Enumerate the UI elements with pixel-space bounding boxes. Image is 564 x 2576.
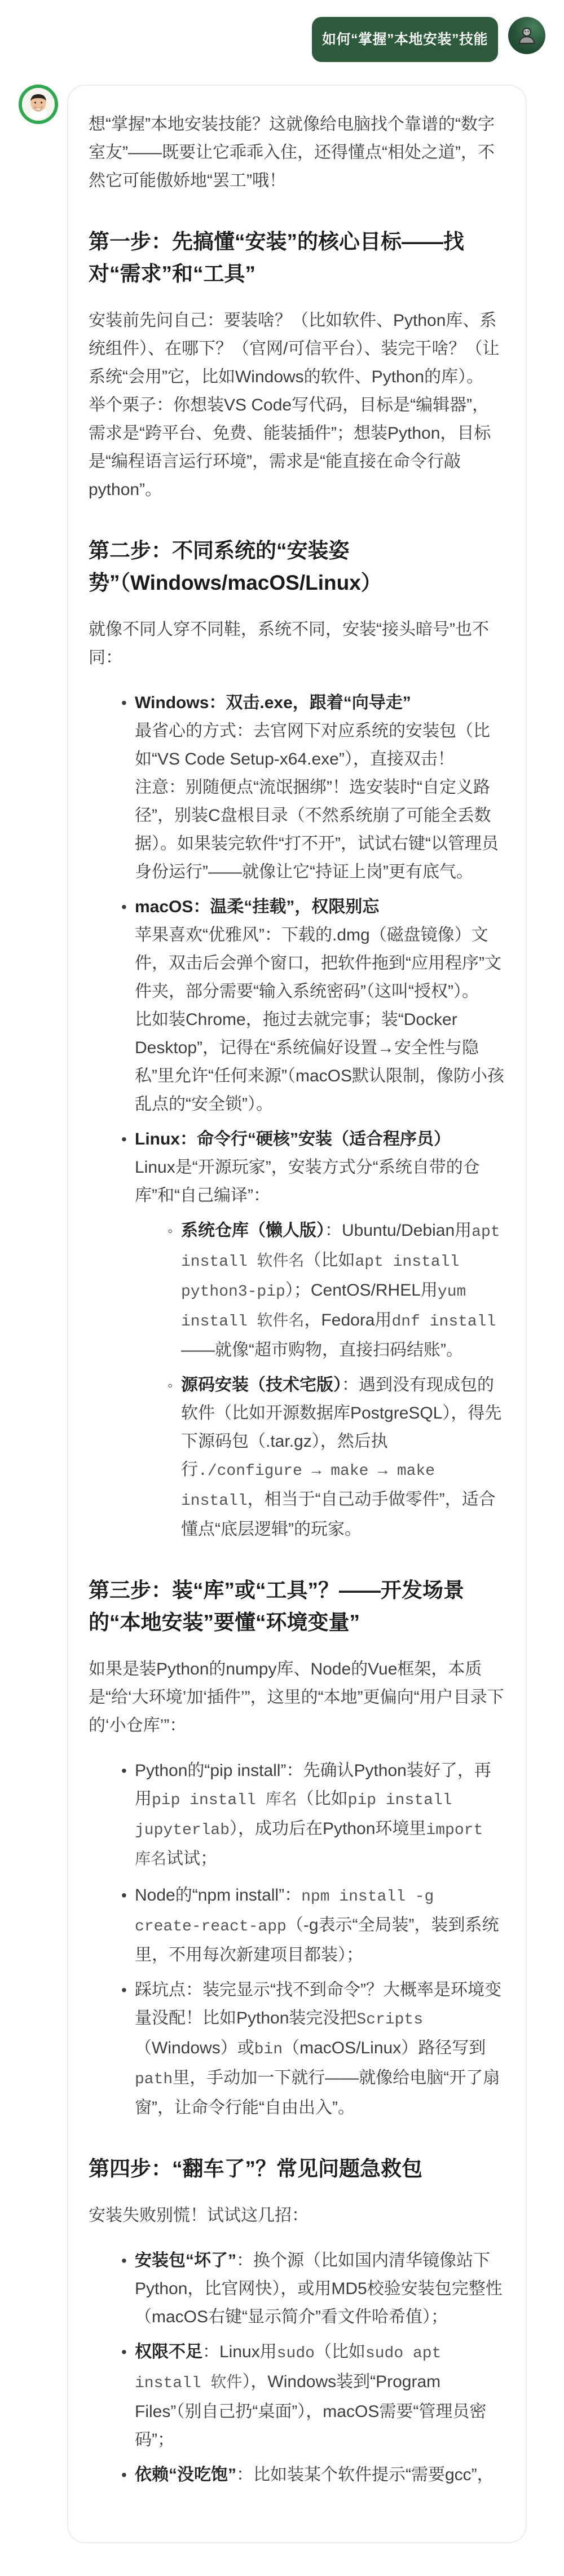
- bullet-list: 安装包“坏了”：换个源（比如国内清华镜像站下Python，比官网快），或用MD5…: [89, 2247, 505, 2489]
- bold-text: macOS：温柔“挂载”，权限别忘: [135, 898, 379, 916]
- section-heading: 第一步：先搞懂“安装”的核心目标——找对“需求”和“工具”: [89, 226, 505, 290]
- list-item: 权限不足：Linux用sudo（比如sudo apt install 软件），W…: [120, 2338, 505, 2454]
- text-run: （比如: [315, 2343, 365, 2361]
- text-run: ）；CentOS/RHEL用: [285, 1281, 438, 1300]
- paragraph: 如果是装Python的numpy库、Node的Vue框架，本质是“给‘大环境’加…: [89, 1655, 505, 1740]
- user-message-row: 如何“掌握”本地安装”技能: [0, 17, 564, 62]
- inline-code: path: [135, 2071, 173, 2088]
- text-run: ：Linux用: [202, 2343, 277, 2361]
- bold-text: 系统仓库（懒人版）: [181, 1221, 325, 1240]
- list-item: 踩坑点：装完显示“找不到命令”？大概率是环境变量没配！比如Python装完没把S…: [120, 1976, 505, 2122]
- text-run: 第二步：不同系统的“安装姿势”（Windows/macOS/Linux）: [89, 539, 382, 594]
- text-run: 安装前先问自己：要装啥？（比如软件、Python库、系统组件）、在哪下？（官网/…: [89, 311, 499, 499]
- list-item: Python的“pip install”：先确认Python装好了，再用pip …: [120, 1757, 505, 1875]
- text-run: 苹果喜欢“优雅风”：下载的.dmg（磁盘镜像）文件，双击后会弹个窗口，把软件拖到…: [135, 926, 504, 1114]
- text-run: Linux是“开源玩家”，安装方式分“系统自带的仓库”和“自己编译”：: [135, 1158, 480, 1205]
- section-heading: 第二步：不同系统的“安装姿势”（Windows/macOS/Linux）: [89, 534, 505, 599]
- list-item: Windows：双击.exe，跟着“向导走” 最省心的方式：去官网下对应系统的安…: [120, 689, 505, 886]
- list-item: 系统仓库（懒人版）：Ubuntu/Debian用apt install 软件名（…: [166, 1217, 505, 1364]
- list-item: Node的“npm install”：npm install -g create…: [120, 1881, 505, 1969]
- text-run: ——就像“超市购物，直接扫码结账”。: [181, 1341, 463, 1359]
- inline-code: dnf install: [392, 1313, 496, 1331]
- paragraph: 安装前先问自己：要装啥？（比如软件、Python库、系统组件）、在哪下？（官网/…: [89, 307, 505, 504]
- inline-code: Scripts: [356, 2011, 423, 2029]
- text-run: 最省心的方式：去官网下对应系统的安装包（比如“VS Code Setup-x64…: [135, 722, 499, 881]
- paragraph: 想“掌握”本地安装技能？这就像给电脑找个靠谱的“数字室友”——既要让它乖乖入住，…: [89, 111, 505, 195]
- list-item: Linux：命令行“硬核”安装（适合程序员） Linux是“开源玩家”，安装方式…: [120, 1125, 505, 1544]
- text-run: （macOS/Linux）路径写到: [283, 2039, 486, 2057]
- inline-code: pip install 库名: [152, 1792, 297, 1809]
- text-run: Node的“npm install”：: [135, 1886, 301, 1905]
- bold-text: Linux：命令行“硬核”安装（适合程序员）: [135, 1130, 451, 1148]
- text-run: 如果是装Python的numpy库、Node的Vue框架，本质是“给‘大环境’加…: [89, 1660, 504, 1735]
- text-run: 第一步：先搞懂“安装”的核心目标——找对“需求”和“工具”: [89, 230, 464, 285]
- person-icon: [517, 25, 537, 46]
- section-heading: 第三步：装“库”或“工具”？——开发场景的“本地安装”要懂“环境变量”: [89, 1574, 505, 1638]
- assistant-message-row: 想“掌握”本地安装技能？这就像给电脑找个靠谱的“数字室友”——既要让它乖乖入住，…: [0, 85, 564, 2543]
- text-run: （比如: [304, 1251, 355, 1270]
- text-run: ：Ubuntu/Debian用: [325, 1221, 472, 1240]
- text-run: ），成功后在Python环境里: [230, 1819, 426, 1838]
- text-run: （Windows）或: [135, 2039, 254, 2057]
- list-item: 依赖“没吃饱”：比如装某个软件提示“需要gcc”，: [120, 2461, 505, 2489]
- paragraph: 安装失败别慌！试试这几招：: [89, 2202, 505, 2230]
- paragraph: 就像不同人穿不同鞋，系统不同，安装“接头暗号”也不同：: [89, 616, 505, 672]
- list-item: macOS：温柔“挂载”，权限别忘 苹果喜欢“优雅风”：下载的.dmg（磁盘镜像…: [120, 893, 505, 1119]
- bold-text: 依赖“没吃饱”: [135, 2465, 236, 2484]
- inline-code: bin: [254, 2041, 283, 2058]
- bullet-list: Python的“pip install”：先确认Python装好了，再用pip …: [89, 1757, 505, 2122]
- bullet-list: 系统仓库（懒人版）：Ubuntu/Debian用apt install 软件名（…: [135, 1217, 505, 1544]
- text-run: 第四步：“翻车了”？常见问题急救包: [89, 2157, 422, 2180]
- text-run: 第三步：装“库”或“工具”？——开发场景的“本地安装”要懂“环境变量”: [89, 1579, 464, 1634]
- text-run: 安装失败别慌！试试这几招：: [89, 2206, 309, 2225]
- assistant-message-content: 想“掌握”本地安装技能？这就像给电脑找个靠谱的“数字室友”——既要让它乖乖入住，…: [89, 111, 505, 2489]
- assistant-avatar: [19, 85, 58, 124]
- user-avatar: [508, 17, 545, 54]
- bold-text: 安装包“坏了”: [135, 2251, 236, 2270]
- assistant-bubble: 想“掌握”本地安装技能？这就像给电脑找个靠谱的“数字室友”——既要让它乖乖入住，…: [67, 85, 527, 2543]
- text-run: 踩坑点：装完显示“找不到命令”？大概率是环境变量没配！比如Python装完没把: [135, 1981, 501, 2027]
- text-run: 里，手动加一下就行——就像给电脑“开了扇窗”，让命令行能“自由出入”。: [135, 2069, 500, 2117]
- text-run: （比如: [297, 1789, 348, 1808]
- text-run: 想“掌握”本地安装技能？这就像给电脑找个靠谱的“数字室友”——既要让它乖乖入住，…: [89, 115, 495, 190]
- inline-code: sudo: [277, 2345, 315, 2362]
- text-run: 就像不同人穿不同鞋，系统不同，安装“接头暗号”也不同：: [89, 620, 489, 667]
- text-run: ，Fedora用: [304, 1311, 391, 1329]
- man-face-photo-icon: [22, 88, 55, 121]
- user-bubble: 如何“掌握”本地安装”技能: [312, 17, 498, 62]
- bold-text: 源码安装（技术宅版）: [181, 1376, 342, 1394]
- section-heading: 第四步：“翻车了”？常见问题急救包: [89, 2153, 505, 2185]
- chat-container: 如何“掌握”本地安装”技能 想“掌握”本地安装技能？这就像给: [0, 0, 564, 2576]
- bold-text: Windows：双击.exe，跟着“向导走”: [135, 693, 411, 712]
- user-message-text: 如何“掌握”本地安装”技能: [322, 32, 488, 47]
- text-run: ：比如装某个软件提示“需要gcc”，: [236, 2465, 494, 2484]
- list-item: 安装包“坏了”：换个源（比如国内清华镜像站下Python，比官网快），或用MD5…: [120, 2247, 505, 2331]
- list-item: 源码安装（技术宅版）：遇到没有现成包的软件（比如开源数据库PostgreSQL）…: [166, 1371, 505, 1544]
- text-run: 试试；: [166, 1849, 217, 1868]
- bullet-list: Windows：双击.exe，跟着“向导走” 最省心的方式：去官网下对应系统的安…: [89, 689, 505, 1544]
- bold-text: 权限不足: [135, 2343, 202, 2361]
